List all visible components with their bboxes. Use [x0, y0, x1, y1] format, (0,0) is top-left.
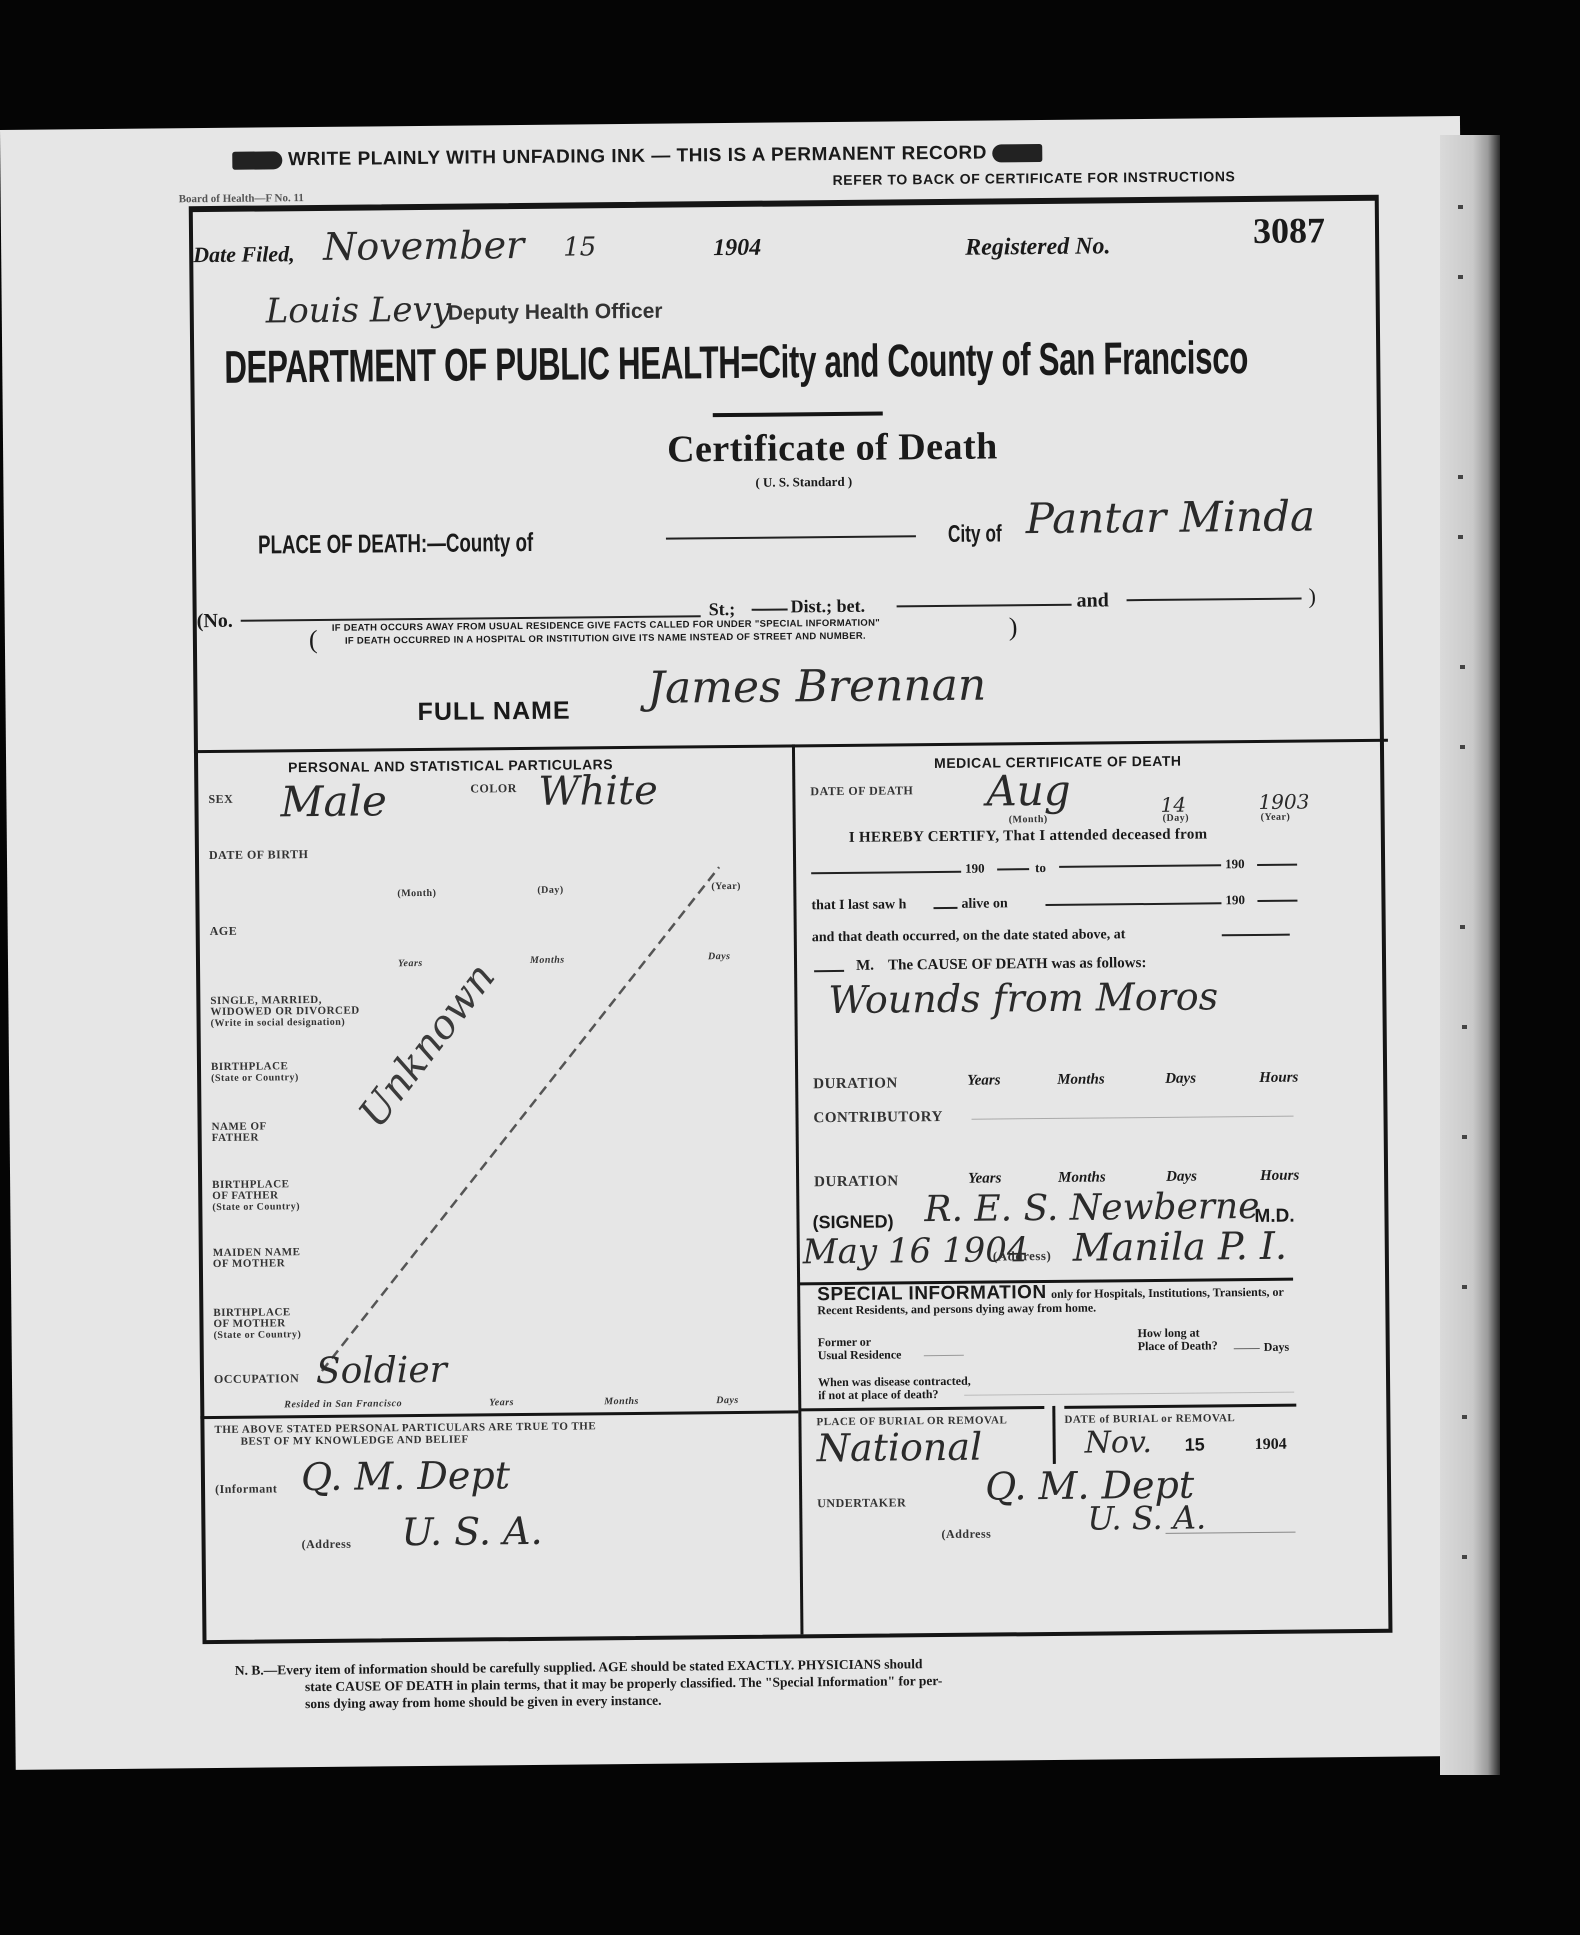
attest-line-2: BEST OF MY KNOWLEDGE AND BELIEF	[241, 1434, 469, 1448]
nb-footer: N. B.—Every item of information should b…	[235, 1655, 943, 1713]
certificate-frame: Date Filed, November 15 1904 Registered …	[189, 195, 1393, 1644]
former-residence-label: Former or Usual Residence	[818, 1335, 902, 1362]
duration-label-2: DURATION	[814, 1173, 899, 1191]
nb-label: N. B.—	[235, 1662, 278, 1677]
department-title: DEPARTMENT OF PUBLIC HEALTH=City and Cou…	[224, 330, 1248, 394]
certify-text: I HEREBY CERTIFY, That I attended deceas…	[849, 826, 1208, 846]
refer-notice: REFER TO BACK OF CERTIFICATE FOR INSTRUC…	[832, 168, 1235, 188]
how-long-days-field[interactable]	[1234, 1348, 1260, 1349]
death-day-label: (Day)	[1163, 813, 1189, 824]
burial-date-month: Nov.	[1084, 1425, 1152, 1461]
officer-title: Deputy Health Officer	[448, 300, 663, 326]
burial-date-label: DATE of BURIAL or REMOVAL	[1064, 1412, 1235, 1426]
special-information: SPECIAL INFORMATION only for Hospitals, …	[817, 1284, 1297, 1318]
contracted-field[interactable]	[964, 1392, 1294, 1396]
contracted-label-line-2: if not at place of death?	[818, 1388, 971, 1402]
street-label: St.;	[709, 599, 736, 620]
street-no-label: (No.	[197, 610, 233, 633]
and-label: and	[1076, 589, 1108, 612]
edge-mark	[1458, 205, 1463, 209]
birthplace-label-line-2: (State or Country)	[211, 1072, 299, 1084]
place-note-line-2: IF DEATH OCCURRED IN A HOSPITAL OR INSTI…	[345, 631, 866, 647]
occupation-divider	[200, 1410, 798, 1419]
occurred-text: and that death occurred, on the date sta…	[812, 927, 1126, 946]
burial-date-day: 15	[1185, 1434, 1205, 1455]
resided-months-label: Months	[604, 1396, 639, 1407]
cause-text: The CAUSE OF DEATH was as follows:	[888, 955, 1147, 974]
resided-label: Resided in San Francisco	[284, 1398, 402, 1410]
edge-mark	[1458, 275, 1463, 279]
county-field[interactable]	[666, 535, 916, 539]
registered-number: 3087	[1253, 209, 1325, 252]
signed-label: (SIGNED)	[812, 1211, 893, 1233]
physician-address: Manila P. I.	[1073, 1224, 1288, 1270]
edge-mark	[1462, 1415, 1467, 1419]
alive-year-field[interactable]	[1257, 900, 1297, 902]
date-filed-day: 15	[563, 232, 596, 262]
contributory-field[interactable]	[972, 1116, 1294, 1120]
occupation-label: OCCUPATION	[214, 1371, 299, 1387]
duration-years-label-1: Years	[967, 1072, 1001, 1089]
father-name-label-line-2: FATHER	[212, 1132, 267, 1144]
mother-maiden-label-line-2: OF MOTHER	[213, 1258, 301, 1270]
officer-signature: Louis Levy	[266, 290, 452, 332]
informant-label: (Informant	[215, 1481, 277, 1497]
how-long-label: How long at Place of Death?	[1138, 1326, 1218, 1353]
note-close-paren: )	[1009, 612, 1018, 642]
date-filed-month: November	[323, 223, 525, 269]
street-rule	[752, 608, 788, 610]
informant-value: Q. M. Dept	[301, 1453, 510, 1499]
certificate-paper: WRITE PLAINLY WITH UNFADING INK — THIS I…	[0, 116, 1476, 1770]
color-label: COLOR	[470, 781, 517, 796]
close-paren: )	[1308, 583, 1316, 609]
how-long-days-label: Days	[1264, 1340, 1289, 1355]
father-name-label: NAME OF FATHER	[212, 1121, 267, 1144]
edge-mark	[1458, 535, 1463, 539]
certificate-subtitle: ( U. S. Standard )	[755, 474, 852, 491]
last-saw-text: that I last saw h	[811, 897, 906, 914]
burial-date-top-rule	[1064, 1404, 1296, 1409]
certificate-title: Certificate of Death	[667, 424, 998, 471]
duration-months-label-2: Months	[1058, 1169, 1106, 1186]
burial-place-value: National	[816, 1425, 982, 1471]
duration-months-label-1: Months	[1057, 1071, 1105, 1088]
pointing-hand-right-icon	[993, 144, 1043, 162]
alive-on-field[interactable]	[1045, 902, 1221, 906]
mother-birthplace-label-line-3: (State or Country)	[214, 1329, 302, 1341]
edge-mark	[1462, 1025, 1467, 1029]
father-birthplace-label: BIRTHPLACE OF FATHER (State or Country)	[212, 1179, 300, 1213]
edge-mark	[1462, 1555, 1467, 1559]
hour-field[interactable]	[814, 970, 844, 972]
age-label: AGE	[210, 924, 238, 939]
undertaker-label: UNDERTAKER	[817, 1495, 906, 1511]
burial-date-year: 1904	[1255, 1436, 1287, 1454]
burial-divider	[1052, 1406, 1056, 1464]
attended-to-field[interactable]	[1059, 864, 1221, 868]
pronoun-field[interactable]	[934, 907, 958, 909]
date-filed-year: 1904	[713, 235, 761, 262]
death-hour-field[interactable]	[1222, 934, 1290, 937]
father-birthplace-label-line-3: (State or Country)	[212, 1201, 300, 1213]
full-name-divider	[194, 739, 1388, 753]
dist-label: Dist.; bet.	[791, 596, 866, 618]
resided-years-label: Years	[489, 1397, 514, 1408]
death-year-label: (Year)	[1261, 812, 1291, 823]
title-divider	[713, 412, 883, 418]
death-month-label: (Month)	[1009, 814, 1048, 825]
edge-mark	[1458, 475, 1463, 479]
color-value: White	[538, 768, 658, 815]
meridian-label: M.	[856, 958, 874, 975]
mother-birthplace-label-line-2: OF MOTHER	[213, 1318, 301, 1330]
duration-hours-label-2: Hours	[1260, 1168, 1299, 1185]
edge-mark	[1462, 1285, 1467, 1289]
contracted-label: When was disease contracted, if not at p…	[818, 1375, 971, 1402]
to-year-prefix: 190	[1225, 856, 1245, 872]
mother-maiden-name-label: MAIDEN NAME OF MOTHER	[213, 1247, 301, 1270]
contributory-label: CONTRIBUTORY	[813, 1109, 943, 1127]
top-notice-text: WRITE PLAINLY WITH UNFADING INK — THIS I…	[288, 143, 987, 171]
burial-place-top-rule	[800, 1406, 1044, 1411]
informant-address-label: (Address	[302, 1537, 352, 1552]
cause-value: Wounds from Moros	[828, 974, 1218, 1022]
page-edge-binding	[1440, 135, 1500, 1775]
alive-on-label: alive on	[961, 896, 1007, 912]
from-year-field[interactable]	[997, 868, 1029, 870]
pointing-hand-left-icon	[232, 151, 282, 169]
alive-year-prefix: 190	[1225, 892, 1245, 908]
city-label: City of	[948, 520, 1002, 549]
column-divider	[792, 744, 804, 1634]
from-year-prefix: 190	[965, 861, 985, 877]
occupation-value: Soldier	[316, 1350, 447, 1392]
between-field-1[interactable]	[897, 604, 1072, 608]
duration-label-1: DURATION	[813, 1075, 898, 1093]
father-birthplace-label-line-2: OF FATHER	[212, 1190, 300, 1202]
full-name-label: FULL NAME	[417, 697, 570, 727]
birthplace-label: BIRTHPLACE (State or Country)	[211, 1061, 299, 1084]
date-filed-label: Date Filed,	[193, 241, 295, 268]
top-notice: WRITE PLAINLY WITH UNFADING INK — THIS I…	[232, 142, 1043, 172]
city-value: Pantar Minda	[1026, 491, 1316, 543]
informant-address-value: U. S. A.	[401, 1509, 542, 1554]
duration-hours-label-1: Hours	[1259, 1070, 1298, 1087]
edge-mark	[1460, 925, 1465, 929]
place-of-death-label: PLACE OF DEATH:—County of	[258, 527, 534, 561]
death-month-value: Aug	[986, 766, 1071, 816]
undertaker-address-field[interactable]	[1166, 1532, 1296, 1534]
full-name-value: James Brennan	[647, 660, 986, 714]
sex-value: Male	[280, 776, 387, 826]
former-residence-field[interactable]	[924, 1355, 964, 1356]
to-label: to	[1035, 860, 1046, 876]
registered-label: Registered No.	[965, 233, 1111, 261]
duration-days-label-1: Days	[1165, 1071, 1196, 1088]
note-open-paren: (	[309, 625, 318, 655]
duration-years-label-2: Years	[968, 1170, 1002, 1187]
how-long-label-line-2: Place of Death?	[1138, 1339, 1218, 1353]
date-of-death-label: DATE OF DEATH	[810, 783, 913, 799]
edge-mark	[1462, 1135, 1467, 1139]
edge-mark	[1460, 665, 1465, 669]
mother-birthplace-label: BIRTHPLACE OF MOTHER (State or Country)	[213, 1307, 301, 1341]
duration-days-label-2: Days	[1166, 1169, 1197, 1186]
attended-from-field[interactable]	[811, 871, 961, 874]
to-year-field[interactable]	[1257, 864, 1297, 866]
death-year-value: 1903	[1258, 789, 1309, 813]
physician-address-label: (Address)	[993, 1248, 1052, 1265]
date-of-birth-label: DATE OF BIRTH	[209, 847, 309, 863]
edge-mark	[1460, 745, 1465, 749]
resided-days-label: Days	[716, 1395, 739, 1406]
former-residence-label-line-2: Usual Residence	[818, 1348, 902, 1362]
birthplace-label-line-1: BIRTHPLACE	[211, 1061, 299, 1073]
form-code: Board of Health—F No. 11	[179, 192, 304, 205]
sex-label: SEX	[208, 792, 233, 807]
between-field-2[interactable]	[1127, 598, 1302, 602]
undertaker-address-label: (Address	[941, 1527, 991, 1542]
